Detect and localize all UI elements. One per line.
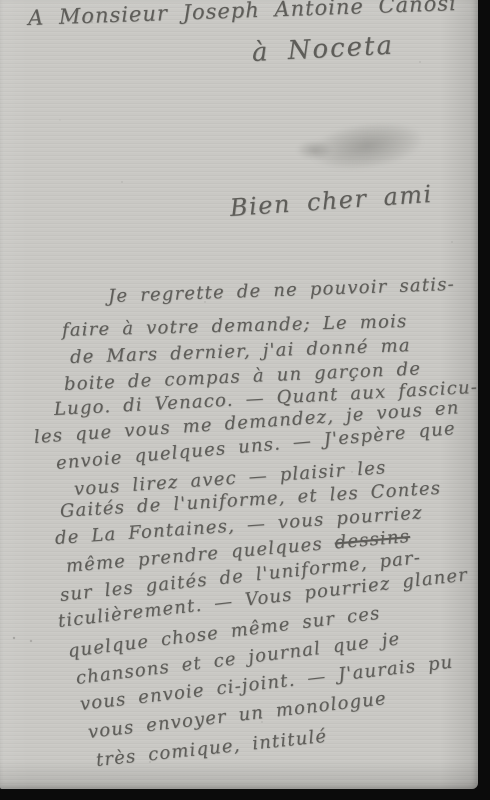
letter-paper: A Monsieur Joseph Antoine Canosi à Nocet… (0, 0, 478, 789)
graphite-smudge (296, 140, 332, 160)
address-line-place: à Noceta (251, 31, 394, 68)
address-line-recipient: A Monsieur Joseph Antoine Canosi (28, 0, 458, 30)
body-line: Je regrette de ne pouvoir satis- (108, 274, 456, 307)
scan-background: A Monsieur Joseph Antoine Canosi à Nocet… (0, 0, 490, 800)
salutation-line: Bien cher ami (229, 180, 434, 222)
